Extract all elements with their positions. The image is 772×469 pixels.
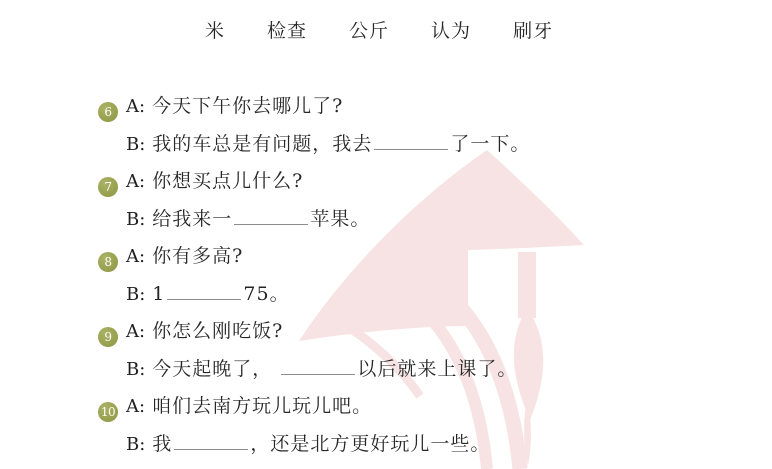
speaker-b-label: B: — [126, 134, 145, 155]
dialogue-a-text: 咱们去南方玩儿玩儿吧。 — [152, 395, 372, 417]
speaker-a-label: A: — [126, 171, 145, 192]
dialogue-a-text: 今天下午你去哪儿了? — [152, 95, 343, 117]
dialogue-b-post: 了一下。 — [450, 133, 530, 155]
word-bank-item: 公斤 — [349, 20, 389, 42]
exercise-number-badge: 6 — [98, 102, 118, 122]
exercise: 7A:你想买点儿什么? B:给我来一苹果。 — [98, 163, 530, 238]
word-bank-item: 认为 — [431, 20, 471, 42]
speaker-a-label: A: — [126, 321, 145, 342]
dialogue-b-post: 75。 — [243, 283, 289, 305]
dialogue-b-pre: 我的车总是有问题，我去 — [152, 133, 372, 155]
speaker-b-label: B: — [126, 434, 145, 455]
speaker-b-label: B: — [126, 209, 145, 230]
answer-blank — [234, 209, 308, 225]
answer-blank — [374, 134, 448, 150]
dialogue-b-post: 苹果。 — [310, 208, 370, 230]
textbook-page: 米 检查 公斤 认为 刷牙 6A:今天下午你去哪儿了? B:我的车总是有问题，我… — [0, 0, 772, 469]
word-bank-item: 米 — [205, 20, 225, 42]
dialogue-b-pre: 今天起晚了， — [152, 358, 279, 380]
dialogue-b-pre: 给我来一 — [152, 208, 232, 230]
speaker-a-label: A: — [126, 246, 145, 267]
dialogue-a-text: 你有多高? — [152, 245, 243, 267]
dialogue-a-text: 你怎么刚吃饭? — [152, 320, 283, 342]
page-content: 米 检查 公斤 认为 刷牙 6A:今天下午你去哪儿了? B:我的车总是有问题，我… — [0, 0, 772, 469]
exercise-list: 6A:今天下午你去哪儿了? B:我的车总是有问题，我去了一下。 7A:你想买点儿… — [98, 88, 530, 463]
dialogue-b-pre: 1 — [152, 283, 165, 305]
exercise: 6A:今天下午你去哪儿了? B:我的车总是有问题，我去了一下。 — [98, 88, 530, 163]
speaker-b-label: B: — [126, 359, 145, 380]
exercise: 10A:咱们去南方玩儿玩儿吧。 B:我，还是北方更好玩儿一些。 — [98, 388, 530, 463]
answer-blank — [281, 359, 355, 375]
dialogue-a-text: 你想买点儿什么? — [152, 170, 303, 192]
speaker-b-label: B: — [126, 284, 145, 305]
exercise: 8A:你有多高? B:175。 — [98, 238, 530, 313]
dialogue-b-post: 以后就来上课了。 — [357, 358, 517, 380]
exercise: 9A:你怎么刚吃饭? B:今天起晚了， 以后就来上课了。 — [98, 313, 530, 388]
dialogue-b-post: ，还是北方更好玩儿一些。 — [250, 433, 490, 455]
exercise-number-badge: 10 — [98, 402, 118, 422]
speaker-a-label: A: — [126, 96, 145, 117]
word-bank-item: 刷牙 — [513, 20, 553, 42]
exercise-number-badge: 9 — [98, 327, 118, 347]
answer-blank — [174, 434, 248, 450]
speaker-a-label: A: — [126, 396, 145, 417]
word-bank: 米 检查 公斤 认为 刷牙 — [205, 20, 553, 42]
exercise-number-badge: 7 — [98, 177, 118, 197]
exercise-number-badge: 8 — [98, 252, 118, 272]
dialogue-b-pre: 我 — [152, 433, 172, 455]
word-bank-item: 检查 — [267, 20, 307, 42]
answer-blank — [167, 284, 241, 300]
